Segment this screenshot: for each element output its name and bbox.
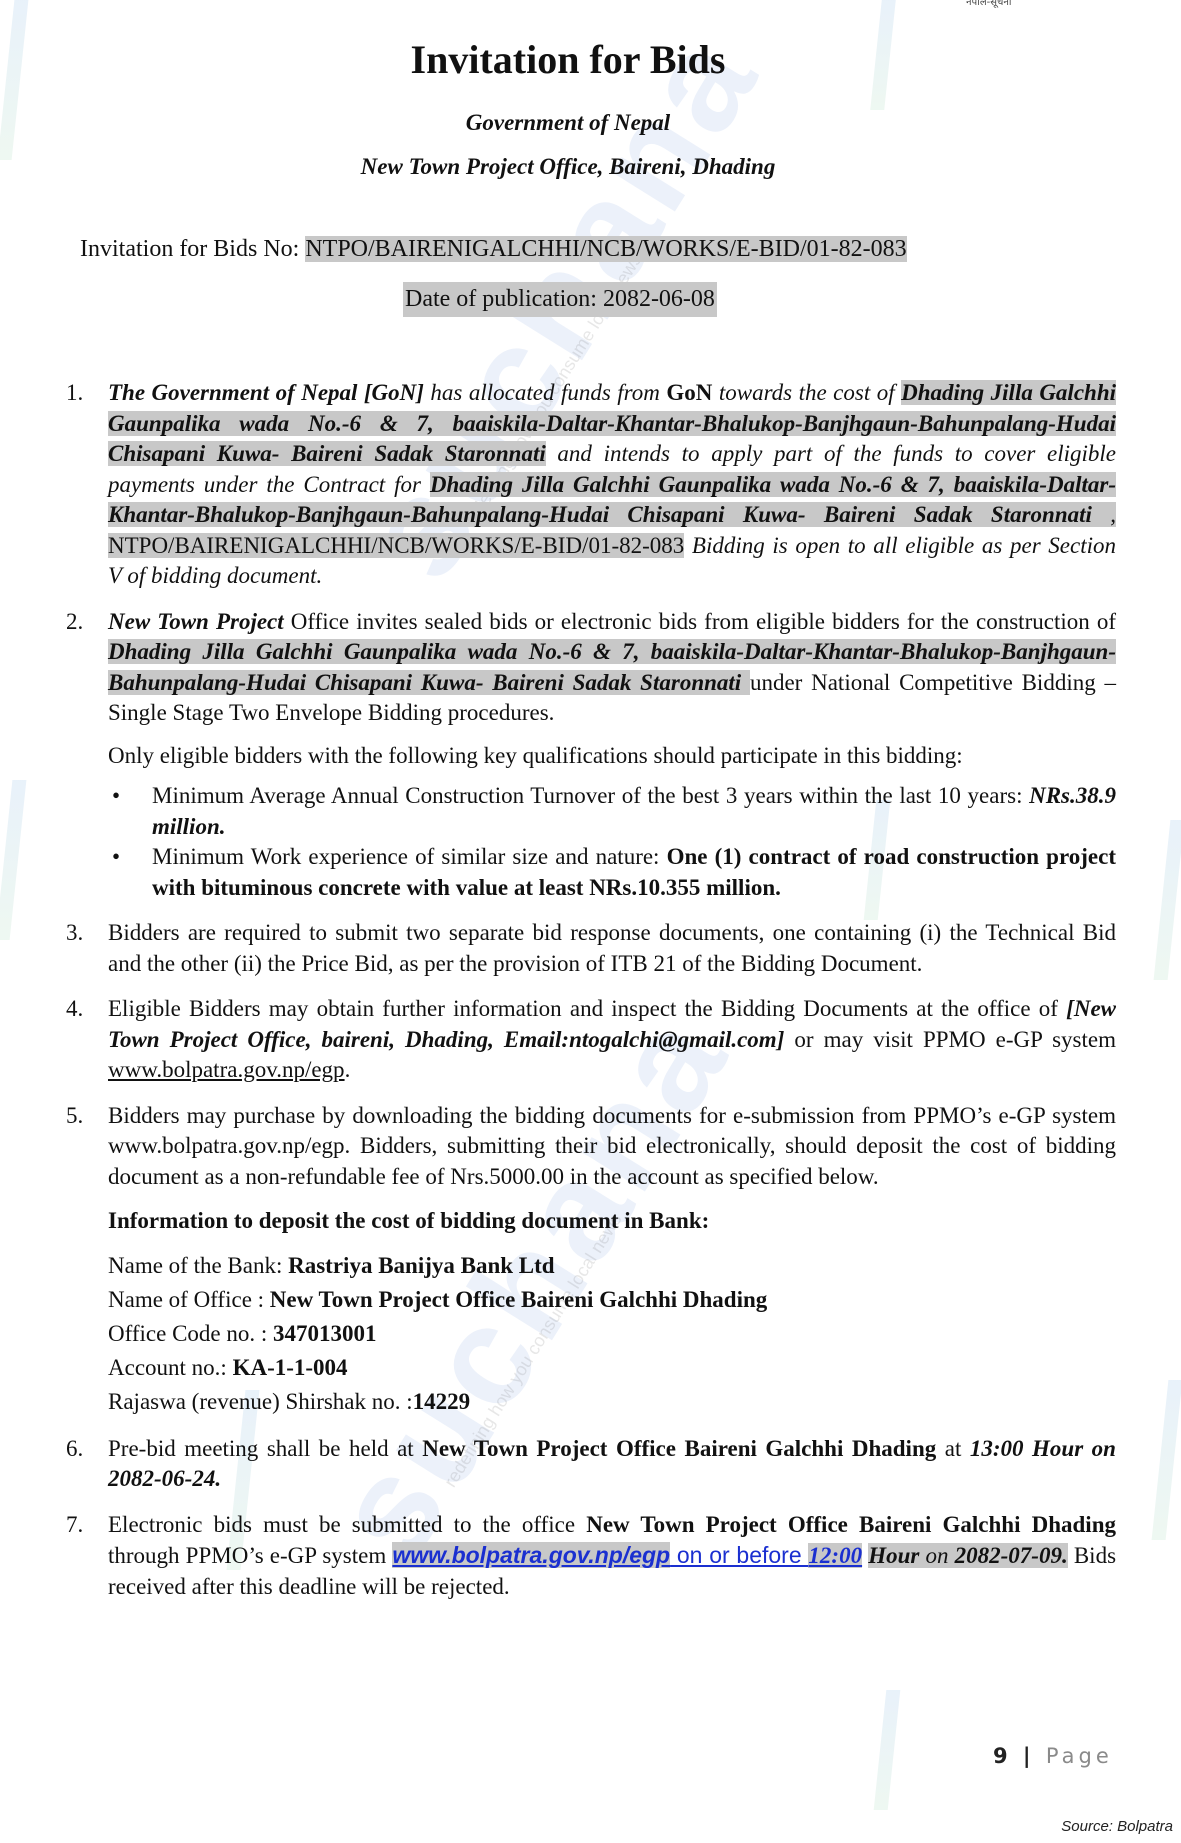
page-number: 9 | Page (993, 1744, 1113, 1768)
value: Rastriya Banijya Bank Ltd (288, 1253, 554, 1278)
gov-name: The Government of Nepal [GoN] (108, 380, 424, 405)
deadline-hour: Hour (868, 1543, 919, 1568)
publication-date: Date of publication: 2082-06-08 (403, 282, 717, 317)
item-number: 1. (66, 378, 83, 409)
watermark-stripe (1154, 820, 1181, 980)
office-name: New Town Project (108, 609, 284, 634)
ifb-number: NTPO/BAIRENIGALCHHI/NCB/WORKS/E-BID/01-8… (305, 236, 906, 262)
document-body: 1. The Government of Nepal [GoN] has all… (60, 378, 1116, 1617)
ifb-number-line: Invitation for Bids No: NTPO/BAIRENIGALC… (80, 236, 907, 263)
text: Minimum Work experience of similar size … (152, 844, 667, 869)
header-mark: नेपाल-सूचना (966, 0, 1011, 8)
list-item-6: 6. Pre-bid meeting shall be held at New … (60, 1434, 1116, 1495)
item-number: 6. (66, 1434, 83, 1465)
ifb-number: NTPO/BAIRENIGALCHHI/NCB/WORKS/E-BID/01-8… (108, 533, 684, 558)
text: at (936, 1436, 970, 1461)
text: on (919, 1543, 954, 1568)
text: Office invites sealed bids or electronic… (284, 609, 1116, 634)
bolpatra-link[interactable]: www.bolpatra.gov.np/egp (392, 1542, 670, 1568)
qualification-intro: Only eligible bidders with the following… (108, 741, 1116, 772)
page-separator: | (1012, 1744, 1046, 1768)
list-item-7: 7. Electronic bids must be submitted to … (60, 1510, 1116, 1603)
text: Bidders may purchase by downloading the … (108, 1101, 1116, 1193)
document-title: Invitation for Bids (0, 36, 1136, 83)
bullet-icon: • (112, 781, 120, 812)
item-number: 3. (66, 918, 83, 949)
label: Name of the Bank: (108, 1253, 288, 1278)
list-item-1: 1. The Government of Nepal [GoN] has all… (60, 378, 1116, 592)
page-number-value: 9 (993, 1744, 1012, 1768)
bolpatra-link[interactable]: www.bolpatra.gov.np/egp (108, 1057, 345, 1082)
subtitle-office: New Town Project Office, Baireni, Dhadin… (0, 154, 1136, 180)
gon: GoN (666, 380, 712, 405)
item-number: 5. (66, 1101, 83, 1132)
bank-name-row: Name of the Bank: Rastriya Banijya Bank … (108, 1249, 1116, 1283)
value: KA-1-1-004 (233, 1355, 348, 1380)
bank-account-row: Account no.: KA-1-1-004 (108, 1351, 1116, 1385)
watermark-stripe (874, 1690, 901, 1810)
item-number: 4. (66, 994, 83, 1025)
list-item-5: 5. Bidders may purchase by downloading t… (60, 1101, 1116, 1419)
label: Name of Office : (108, 1287, 270, 1312)
office-name: New Town Project Office Baireni Galchhi … (586, 1512, 1116, 1537)
deadline-date: 2082-07-09. (955, 1543, 1068, 1568)
text: towards the cost of (712, 380, 901, 405)
value: New Town Project Office Baireni Galchhi … (270, 1287, 768, 1312)
source-credit: Source: Bolpatra (1061, 1818, 1173, 1835)
label: Office Code no. : (108, 1321, 273, 1346)
text: Pre-bid meeting shall be held at (108, 1436, 422, 1461)
label: Account no.: (108, 1355, 233, 1380)
qualification-turnover: •Minimum Average Annual Construction Tur… (108, 781, 1116, 842)
value: 347013001 (273, 1321, 377, 1346)
text: or may visit PPMO e-GP system (784, 1027, 1116, 1052)
item-number: 2. (66, 607, 83, 638)
deadline-time: 12:00 (808, 1543, 862, 1568)
text: through PPMO’s e-GP system (108, 1543, 392, 1568)
bank-office-code-row: Office Code no. : 347013001 (108, 1317, 1116, 1351)
value: 14229 (413, 1389, 471, 1414)
text: Bidders are required to submit two separ… (108, 920, 1116, 976)
bank-revenue-row: Rajaswa (revenue) Shirshak no. :14229 (108, 1385, 1116, 1419)
bank-office-row: Name of Office : New Town Project Office… (108, 1283, 1116, 1317)
list-item-3: 3. Bidders are required to submit two se… (60, 918, 1116, 979)
list-item-4: 4. Eligible Bidders may obtain further i… (60, 994, 1116, 1086)
ifb-label: Invitation for Bids No: (80, 236, 305, 262)
page-word: Page (1046, 1744, 1113, 1768)
bullet-icon: • (112, 842, 120, 873)
office-name: New Town Project Office Baireni Galchhi … (422, 1436, 936, 1461)
text: Electronic bids must be submitted to the… (108, 1512, 586, 1537)
text: Minimum Average Annual Construction Turn… (152, 783, 1029, 808)
text: Eligible Bidders may obtain further info… (108, 996, 1066, 1021)
subtitle-government: Government of Nepal (0, 110, 1136, 136)
text: . (345, 1057, 351, 1082)
watermark-stripe (1152, 1380, 1181, 1540)
qualification-list: •Minimum Average Annual Construction Tur… (108, 781, 1116, 903)
qualification-experience: •Minimum Work experience of similar size… (108, 842, 1116, 903)
label: Rajaswa (revenue) Shirshak no. : (108, 1389, 413, 1414)
bank-info-title: Information to deposit the cost of biddi… (108, 1206, 1116, 1237)
list-item-2: 2. New Town Project Office invites seale… (60, 607, 1116, 904)
text: on or before (670, 1542, 808, 1568)
text: , (1092, 502, 1116, 527)
item-number: 7. (66, 1510, 83, 1541)
watermark-stripe (0, 780, 26, 940)
text: has allocated funds from (424, 380, 666, 405)
